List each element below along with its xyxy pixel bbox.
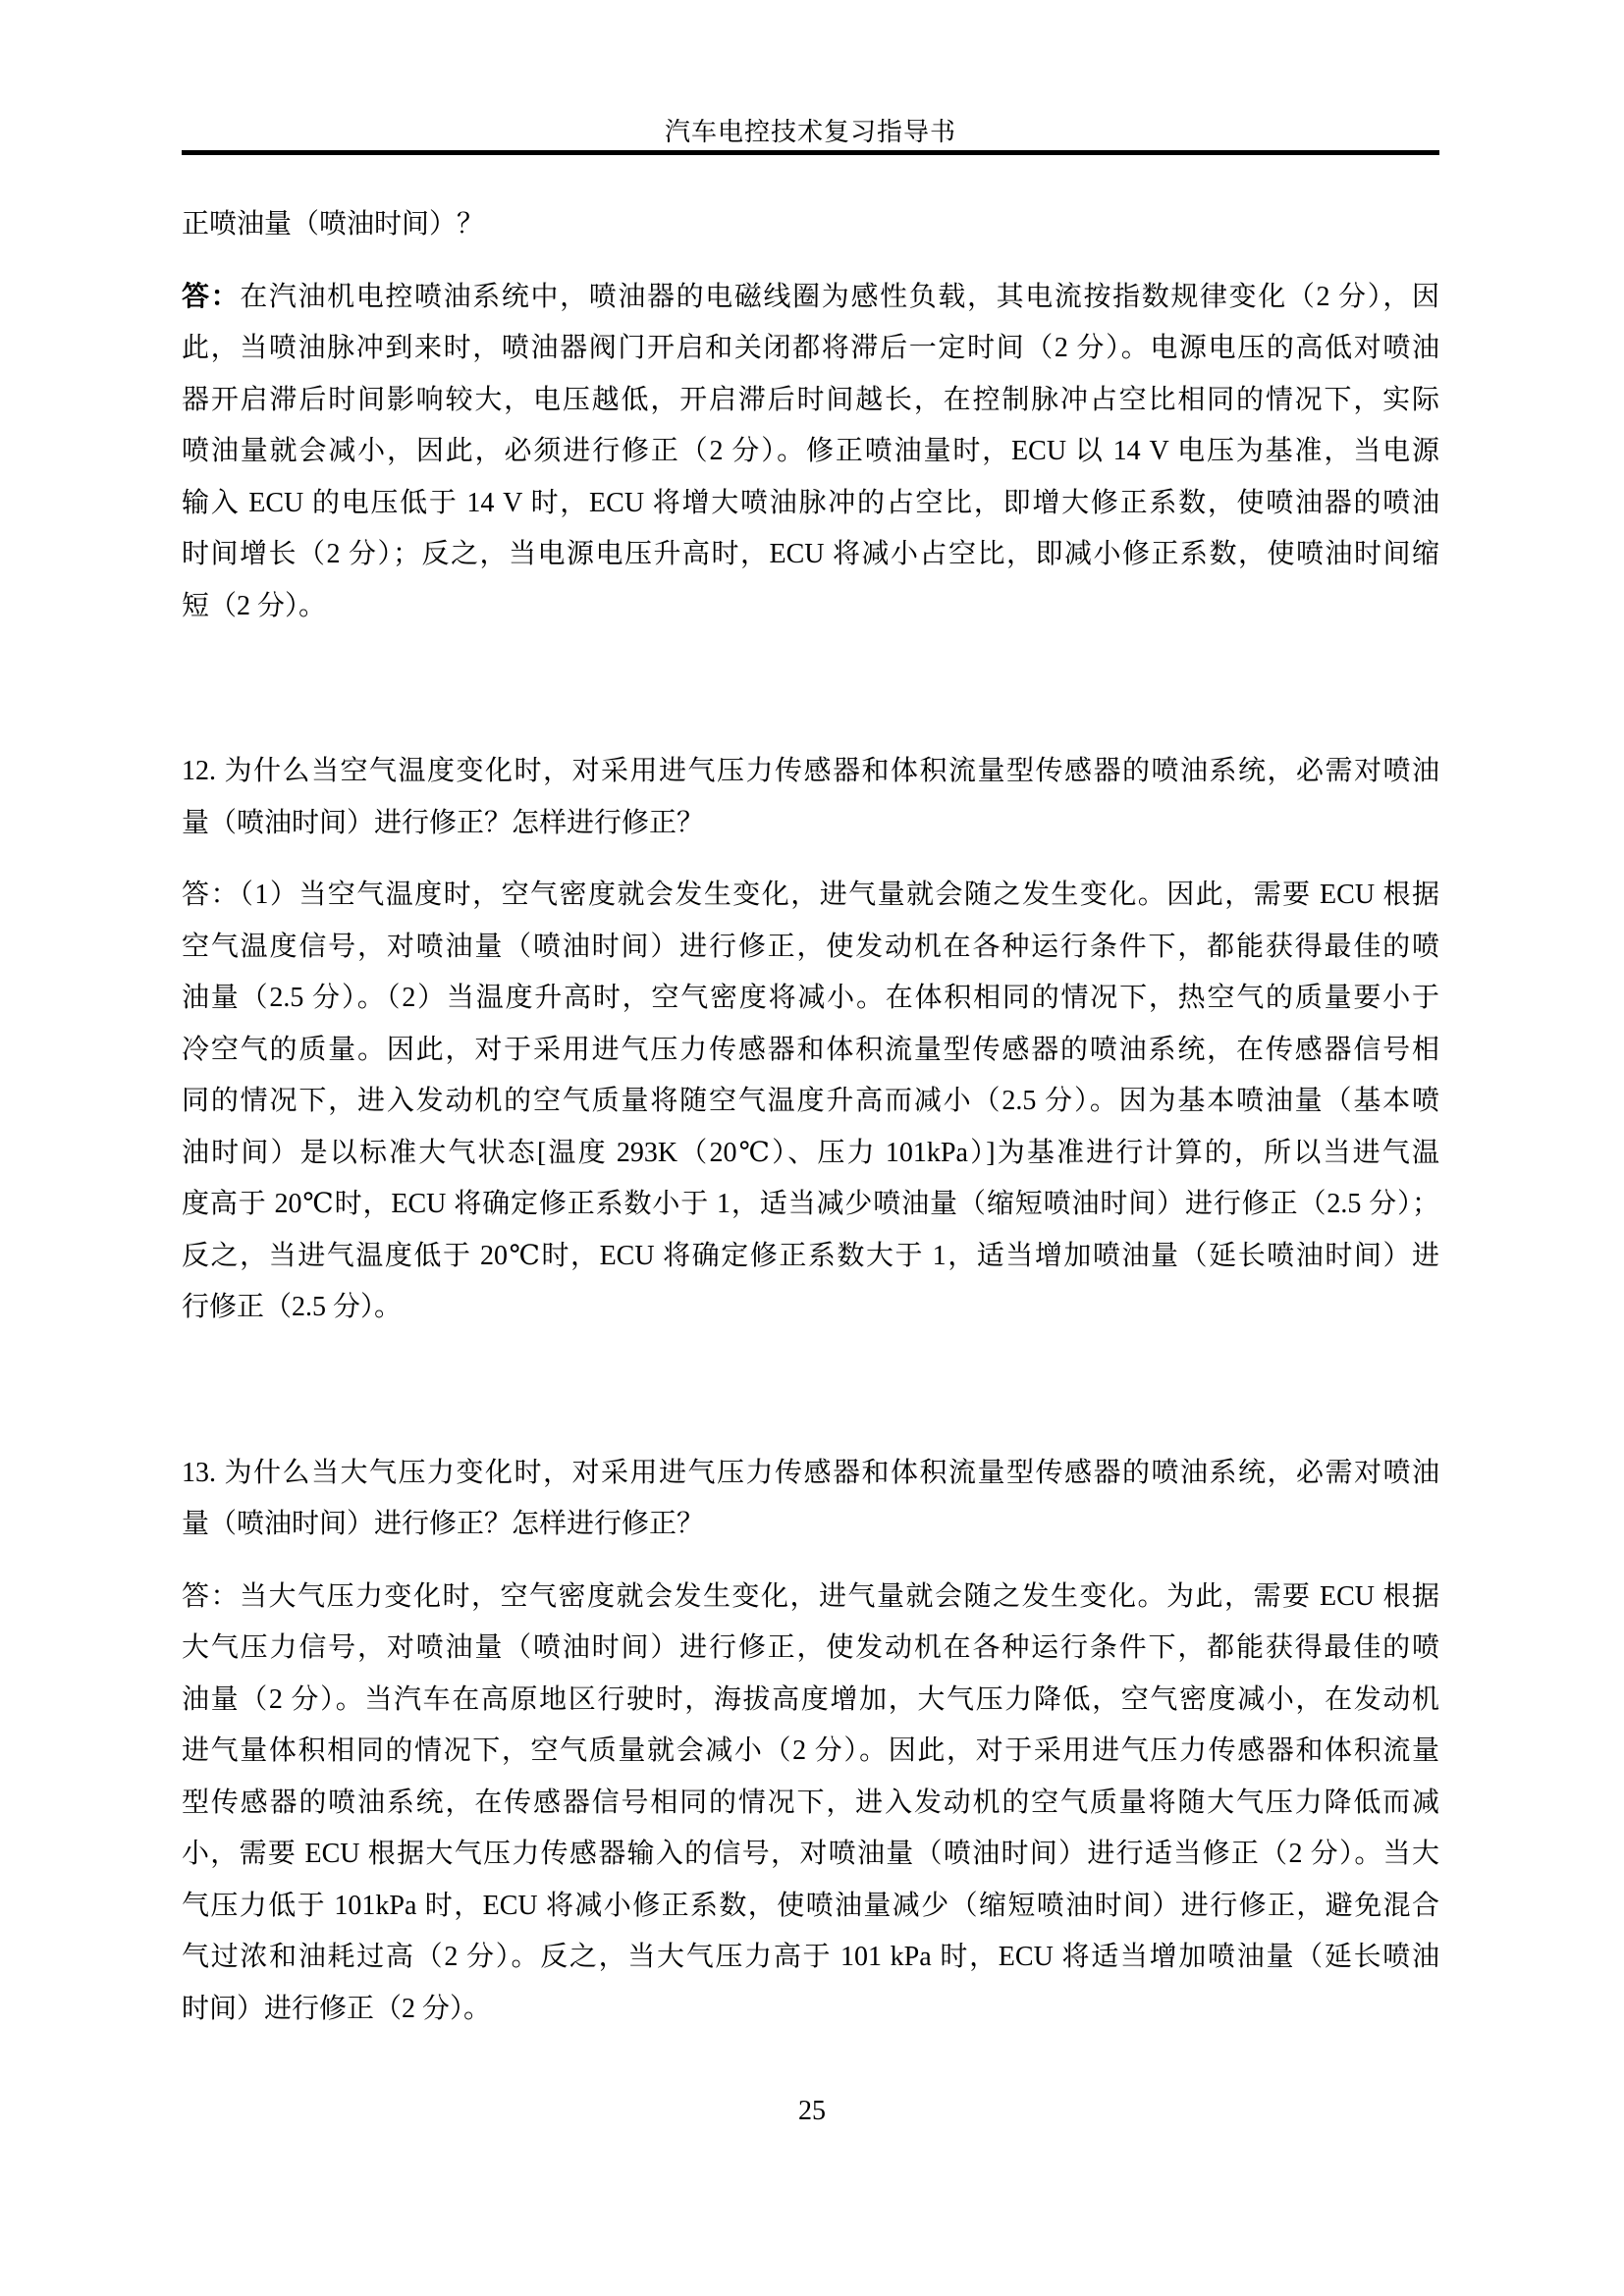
text-line: 时间增长（2 分）；反之，当电源电压升高时，ECU 将减小占空比，即减小修正系数… xyxy=(182,529,1439,581)
text-line: 12. 为什么当空气温度变化时，对采用进气压力传感器和体积流量型传感器的喷油系统… xyxy=(182,746,1439,798)
text-line: 量（喷油时间）进行修正？怎样进行修正？ xyxy=(182,798,1439,850)
text-line: 进气量体积相同的情况下，空气质量就会减小（2 分）。因此，对于采用进气压力传感器… xyxy=(182,1726,1439,1778)
text-line: 油量（2.5 分）。（2）当温度升高时，空气密度将减小。在体积相同的情况下，热空… xyxy=(182,973,1439,1025)
text-line: 油时间）是以标准大气状态[温度 293K（20℃）、压力 101kPa）]为基准… xyxy=(182,1128,1439,1180)
text-line: 气过浓和油耗过高（2 分）。反之，当大气压力高于 101 kPa 时，ECU 将… xyxy=(182,1932,1439,1984)
document-page: 汽车电控技术复习指导书 正喷油量（喷油时间）？答：在汽油机电控喷油系统中，喷油器… xyxy=(0,0,1624,2296)
page-number: 25 xyxy=(798,2096,826,2126)
header-rule xyxy=(182,150,1439,155)
paragraph: 答：（1）当空气温度时，空气密度就会发生变化，进气量就会随之发生变化。因此，需要… xyxy=(182,870,1439,1334)
text-line: 答：在汽油机电控喷油系统中，喷油器的电磁线圈为感性负载，其电流按指数规律变化（2… xyxy=(182,272,1439,324)
text-line: 度高于 20℃时，ECU 将确定修正系数小于 1，适当减少喷油量（缩短喷油时间）… xyxy=(182,1179,1439,1231)
paragraph: 12. 为什么当空气温度变化时，对采用进气压力传感器和体积流量型传感器的喷油系统… xyxy=(182,746,1439,849)
text-line: 短（2 分）。 xyxy=(182,581,1439,633)
text-line: 答：当大气压力变化时，空气密度就会发生变化，进气量就会随之发生变化。为此，需要 … xyxy=(182,1572,1439,1624)
text-line: 此，当喷油脉冲到来时，喷油器阀门开启和关闭都将滞后一定时间（2 分）。电源电压的… xyxy=(182,323,1439,375)
paragraph: 13. 为什么当大气压力变化时，对采用进气压力传感器和体积流量型传感器的喷油系统… xyxy=(182,1448,1439,1551)
page-footer: 25 xyxy=(0,2095,1624,2128)
text-line: 冷空气的质量。因此，对于采用进气压力传感器和体积流量型传感器的喷油系统，在传感器… xyxy=(182,1025,1439,1077)
header-title: 汽车电控技术复习指导书 xyxy=(665,118,956,149)
text-line: 空气温度信号，对喷油量（喷油时间）进行修正，使发动机在各种运行条件下，都能获得最… xyxy=(182,922,1439,974)
text-line: 答：（1）当空气温度时，空气密度就会发生变化，进气量就会随之发生变化。因此，需要… xyxy=(182,870,1439,922)
text-line: 大气压力信号，对喷油量（喷油时间）进行修正，使发动机在各种运行条件下，都能获得最… xyxy=(182,1623,1439,1675)
text-line: 油量（2 分）。当汽车在高原地区行驶时，海拔高度增加，大气压力降低，空气密度减小… xyxy=(182,1675,1439,1727)
text-line: 13. 为什么当大气压力变化时，对采用进气压力传感器和体积流量型传感器的喷油系统… xyxy=(182,1448,1439,1500)
text-line: 输入 ECU 的电压低于 14 V 时，ECU 将增大喷油脉冲的占空比，即增大修… xyxy=(182,478,1439,530)
text-line: 型传感器的喷油系统，在传感器信号相同的情况下，进入发动机的空气质量将随大气压力降… xyxy=(182,1778,1439,1830)
text-line: 小，需要 ECU 根据大气压力传感器输入的信号，对喷油量（喷油时间）进行适当修正… xyxy=(182,1829,1439,1881)
text-line: 气压力低于 101kPa 时，ECU 将减小修正系数，使喷油量减少（缩短喷油时间… xyxy=(182,1881,1439,1933)
text-line: 正喷油量（喷油时间）？ xyxy=(182,199,1439,251)
text-line: 喷油量就会减小，因此，必须进行修正（2 分）。修正喷油量时，ECU 以 14 V… xyxy=(182,426,1439,478)
paragraph: 答：当大气压力变化时，空气密度就会发生变化，进气量就会随之发生变化。为此，需要 … xyxy=(182,1572,1439,2036)
text-line: 器开启滞后时间影响较大，电压越低，开启滞后时间越长，在控制脉冲占空比相同的情况下… xyxy=(182,375,1439,427)
text-line: 同的情况下，进入发动机的空气质量将随空气温度升高而减小（2.5 分）。因为基本喷… xyxy=(182,1076,1439,1128)
document-body: 正喷油量（喷油时间）？答：在汽油机电控喷油系统中，喷油器的电磁线圈为感性负载，其… xyxy=(182,199,1439,2035)
paragraph: 正喷油量（喷油时间）？ xyxy=(182,199,1439,251)
text-line: 量（喷油时间）进行修正？怎样进行修正？ xyxy=(182,1499,1439,1551)
paragraph: 答：在汽油机电控喷油系统中，喷油器的电磁线圈为感性负载，其电流按指数规律变化（2… xyxy=(182,272,1439,633)
text-line: 时间）进行修正（2 分）。 xyxy=(182,1984,1439,2036)
text-line: 反之，当进气温度低于 20℃时，ECU 将确定修正系数大于 1，适当增加喷油量（… xyxy=(182,1231,1439,1283)
document-header: 汽车电控技术复习指导书 xyxy=(182,0,1439,149)
text-line: 行修正（2.5 分）。 xyxy=(182,1282,1439,1334)
